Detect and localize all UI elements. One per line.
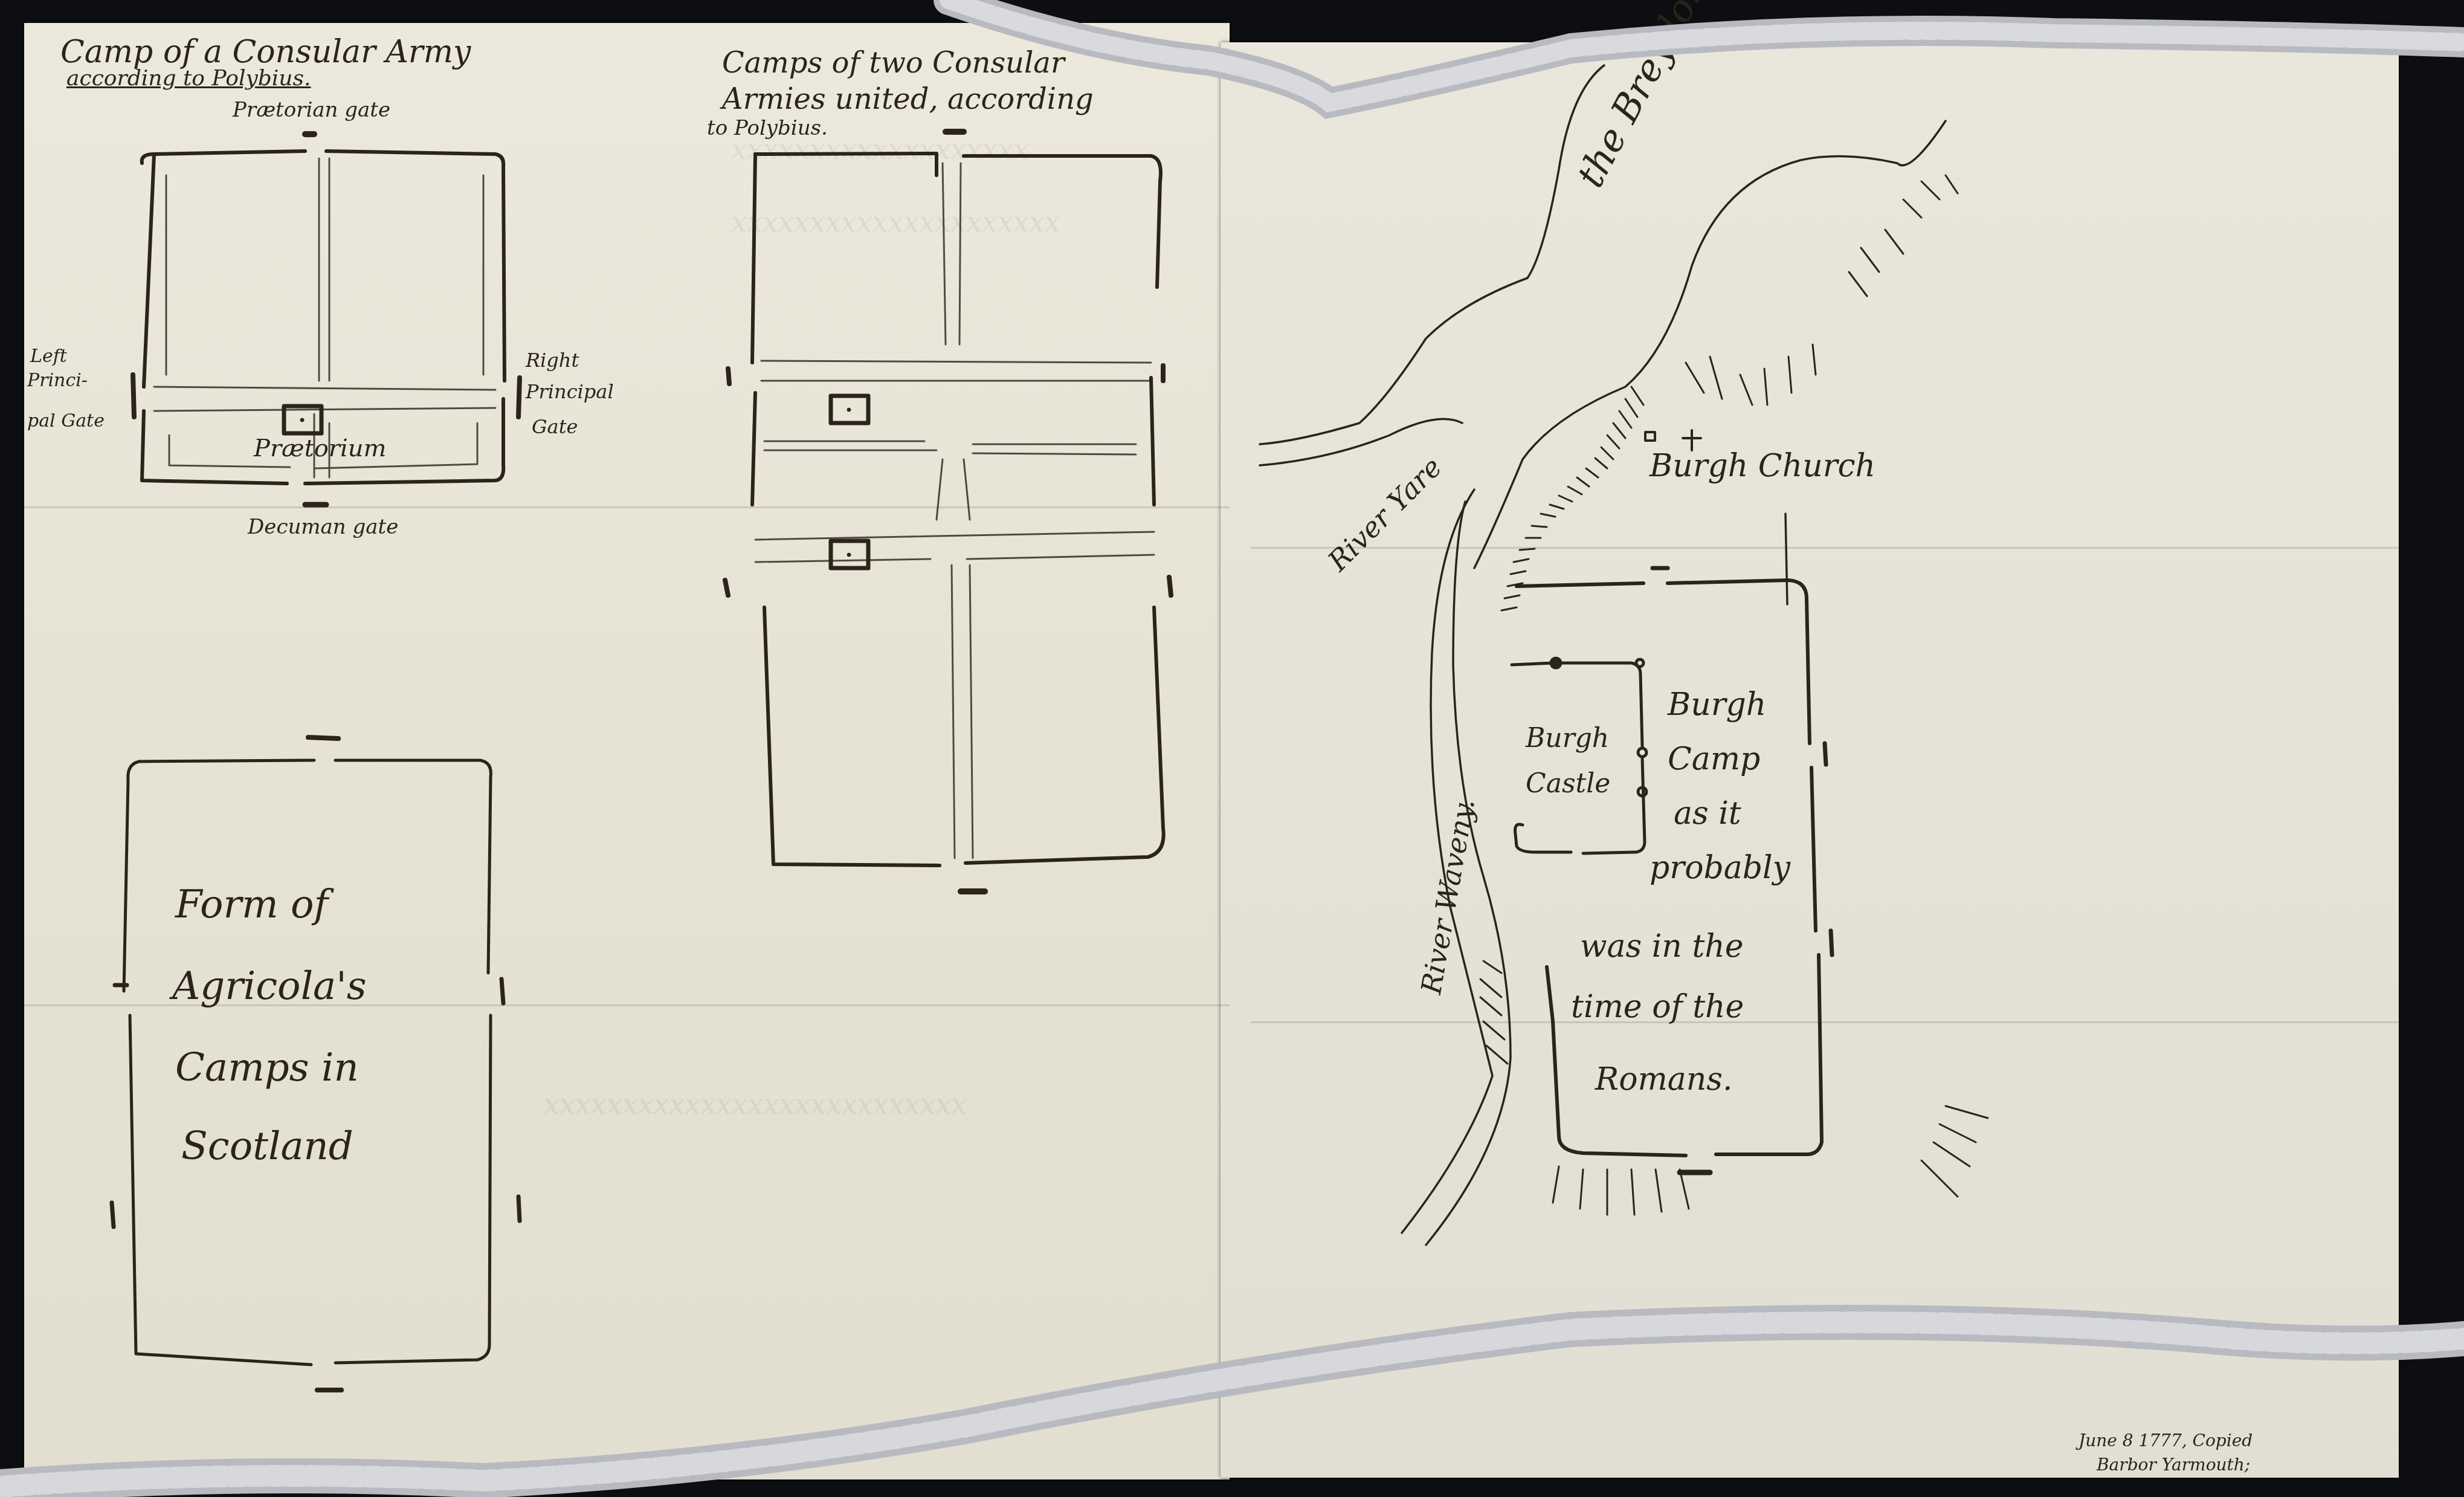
bleed-through-text: xxxxxxxxxxxxxxxxxxxxx — [731, 205, 1060, 238]
burgh-church-label: Burgh Church — [1650, 450, 1875, 482]
right-manuscript-page — [1221, 42, 2399, 1478]
bleed-through-text: xxxxxxxxxxxxxxxxxxxxxxxxxxx — [544, 1088, 967, 1120]
camp-note-2: Camp — [1668, 743, 1760, 775]
fold-crease — [1251, 1021, 2399, 1023]
left-principal-gate-label-3: pal Gate — [27, 412, 105, 430]
camp-note-3: as it — [1674, 798, 1741, 829]
burgh-castle-label-2: Castle — [1526, 771, 1610, 797]
left-principal-gate-label-2: Princi- — [27, 372, 88, 390]
agricola-text-1: Form of — [175, 885, 328, 924]
camp-note-6: time of the — [1571, 991, 1744, 1023]
consular-camp-subtitle: according to Polybius. — [66, 68, 311, 89]
consular-camp-title: Camp of a Consular Army — [60, 36, 471, 68]
burgh-castle-label-1: Burgh — [1526, 725, 1609, 752]
right-principal-gate-label-2: Principal — [526, 382, 614, 401]
footnote-copyist: Barbor Yarmouth; — [2097, 1457, 2250, 1473]
praetorian-gate-label: Prætorian gate — [233, 100, 390, 120]
united-camps-title-2: Armies united, according — [722, 85, 1094, 114]
left-principal-gate-label-1: Left — [30, 348, 67, 366]
right-principal-gate-label-1: Right — [526, 351, 579, 370]
praetorium-label: Prætorium — [254, 436, 386, 461]
left-manuscript-page — [24, 23, 1230, 1479]
footnote-date: June 8 1777, Copied — [2079, 1432, 2253, 1449]
camp-note-5: was in the — [1580, 931, 1744, 962]
agricola-text-4: Scotland — [181, 1127, 353, 1166]
agricola-text-3: Camps in — [175, 1049, 359, 1087]
united-camps-title-3: to Polybius. — [707, 118, 828, 138]
right-principal-gate-label-3: Gate — [532, 417, 578, 436]
fold-crease — [1251, 547, 2399, 549]
camp-note-7: Romans. — [1595, 1064, 1732, 1095]
camp-note-4: probably — [1650, 852, 1790, 884]
decuman-gate-label: Decuman gate — [248, 517, 398, 537]
fold-crease — [24, 506, 1230, 508]
agricola-text-2: Agricola's — [172, 967, 367, 1006]
united-camps-title-1: Camps of two Consular — [722, 48, 1065, 77]
camp-note-1: Burgh — [1668, 689, 1766, 720]
